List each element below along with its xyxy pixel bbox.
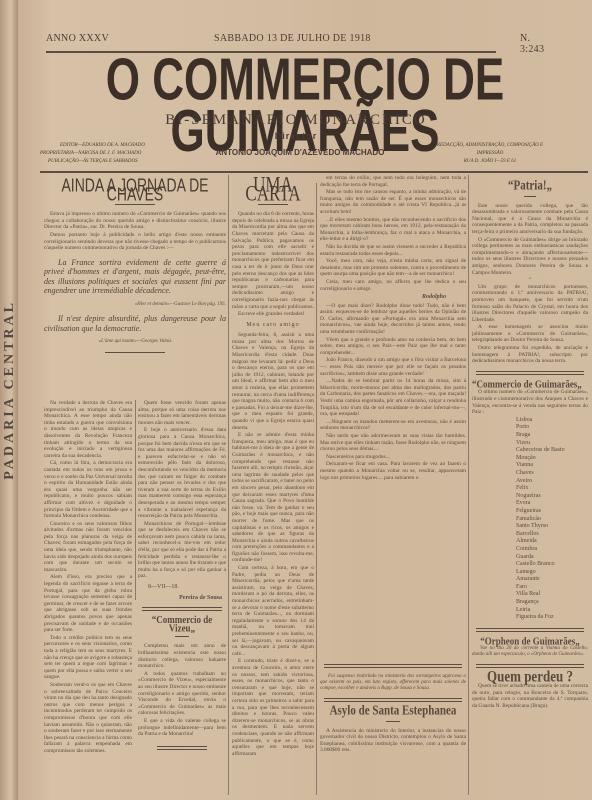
- headline-patria: “Patria!„: [472, 182, 588, 190]
- body-paragraph: Vêem que o grande e profundo amo na conh…: [320, 337, 466, 357]
- body-paragraph: ....Ninguem os mandou metterem-se em ave…: [320, 419, 466, 432]
- body-paragraph: Mas se tudo isto me causou espanto, a mi…: [320, 189, 466, 215]
- lower-middle-block: Foi suspenso reabrindo no ministerio dos…: [320, 658, 466, 755]
- headline-commercio-guimaraes: “Commercio de Guimarães„: [472, 380, 588, 388]
- town-item: Chaves: [516, 470, 588, 478]
- title-rule: [115, 204, 155, 205]
- body-paragraph: E comtudo, triste é dizel-o, se a aventu…: [232, 658, 314, 757]
- masthead-bottom-rule: [40, 171, 588, 173]
- body-paragraph: Você, meu caro, não veja, n'esta minha c…: [320, 258, 466, 278]
- body-paragraph: Segunda-feira, 8, assisti a uma missa po…: [232, 332, 314, 431]
- body-paragraph: Couceiro e os seus valorosos filhos alvi…: [44, 521, 132, 574]
- chaves-body-right: Quem fosse vencido foram apenas alma, po…: [138, 400, 226, 758]
- town-item: Coimbra: [516, 546, 588, 554]
- headline-asylo: Asylo de Santa Estephanea: [320, 707, 466, 715]
- volume-number: ANNO XXXV: [46, 33, 109, 44]
- director-name: ANTONIO JOAQUIM D'AZEVEDO MACHADO: [200, 148, 400, 157]
- body-paragraph: Não ha duvida de que se assim viessem a …: [320, 244, 466, 257]
- town-item: Leiria: [516, 607, 588, 615]
- town-item: Santo Thyrso: [516, 523, 588, 531]
- town-item: Nogueiras: [516, 493, 588, 501]
- town-item: Evora: [516, 500, 588, 508]
- section-rule: [324, 698, 462, 702]
- body-paragraph: Alem d'isso, era preciso que a legenda d…: [44, 574, 132, 633]
- town-item: Lisboa: [516, 417, 588, 425]
- body-paragraph: Quem se tiver achado uma cautela de uma …: [472, 683, 588, 709]
- imprint-owner: PROPRIETARIA—NARCISA DE J. F. MACHADO: [40, 150, 200, 158]
- town-item: Amarante: [516, 576, 588, 584]
- body-paragraph: Com certeza, á hora, em que o Padre, ped…: [232, 565, 314, 657]
- town-item: Felgueiras: [516, 508, 588, 516]
- body-paragraph: E hoje o anniversario d'essa data glorio…: [138, 427, 226, 519]
- letter-salutation: Meu caro amigo: [232, 322, 314, 329]
- body-paragraph: —O que mais dizer? Rodolpho disse tudo! …: [320, 303, 466, 336]
- separator-dot: •: [472, 277, 588, 284]
- imprint-address: RUA D. JOÃO I—59 E 61: [400, 158, 580, 166]
- body-paragraph: Quando no dia 6 do corrente, horas depoi…: [232, 211, 314, 310]
- epigraph-attribution: «L'âme qui monte»—Georges Valois: [44, 339, 226, 346]
- issue-date: SABBADO 13 DE JULHO DE 1918: [214, 33, 371, 44]
- small-notice: Foi suspenso reabrindo no ministerio dos…: [320, 674, 466, 692]
- column-divider: [228, 175, 229, 795]
- towns-list: LisboaPortoBragaVizeuCabeceiras de Basto…: [472, 417, 588, 622]
- body-paragraph: A todos quantos trabalham no «Commercio …: [138, 671, 226, 717]
- headline-uma-carta: UMA CARTA: [232, 181, 314, 198]
- body-paragraph: Cá, como lá fóra, a democracia era canta…: [44, 460, 132, 519]
- body-paragraph: Creia, meu caro amigo, no affecto que lh…: [320, 279, 466, 292]
- letter-signoff: Rodolpho: [324, 294, 446, 301]
- body-paragraph: Outro telegramma foi expedido, de anciaç…: [472, 345, 588, 365]
- section-rule: [476, 628, 584, 632]
- intro-paragraph: Damos portanto hoje á publicidade o bell…: [44, 232, 226, 252]
- section-rule: [476, 371, 584, 375]
- town-item: Barcellos: [516, 531, 588, 539]
- body-paragraph: Todo o crédito politico tem os seus perc…: [44, 635, 132, 681]
- epigraph-attribution: «Hier et demain»—Gustave Le Bon pág. 195…: [44, 302, 226, 309]
- town-item: Felix: [516, 485, 588, 493]
- section-rule: [324, 664, 462, 668]
- town-item: Vizeu: [516, 440, 588, 448]
- body-paragraph: em terras do exilio, que nem todo era bo…: [320, 175, 466, 188]
- article-dateline: 8—VII—18.: [148, 584, 216, 591]
- body-paragraph: A esse homenagem se associou muito jubil…: [472, 324, 588, 344]
- chaves-body-left: Na verdade a derrota de Chaves era impre…: [44, 400, 132, 795]
- imprint-right: REDACÇÃO, ADMINISTRAÇÃO, COMPOSIÇÃO E IM…: [400, 142, 580, 166]
- town-item: Almeida: [516, 538, 588, 546]
- town-item: Vianna: [516, 462, 588, 470]
- column-divider: [468, 175, 469, 795]
- column-divider: [135, 400, 136, 600]
- article-signature: Pereira de Sousa: [142, 595, 222, 602]
- intro-paragraph: Estava já impresso o ultimo numero do «C…: [44, 211, 226, 231]
- imprint-left: EDITOR—EDUARDO DE A. MACHADO PROPRIETARI…: [40, 142, 200, 166]
- epigraph-quote: La France sortira evidement de cette gue…: [44, 258, 226, 296]
- epigraph-quote: Il n'est depire absurdité, plus dangereu…: [44, 314, 226, 333]
- body-paragraph: Um grupo de monarchicos portuenses, comm…: [472, 284, 588, 324]
- uma-carta-continued: em terras do exilio, que nem todo era bo…: [320, 175, 466, 645]
- body-paragraph: A Assistencia do ministerio do Interior,…: [320, 728, 466, 754]
- imprint-publication: PUBLICAÇÃO—ÁS TERÇAS E SABBADOS: [40, 158, 200, 166]
- imprint-printing: IMPRESSÃO: [400, 150, 580, 158]
- town-item: Famalicão: [516, 516, 588, 524]
- body-paragraph: ...E elles mesmo bonitos, que não reconh…: [320, 217, 466, 243]
- title-rule: [524, 196, 536, 197]
- body-paragraph: Quem fosse vencido foram apenas alma, po…: [138, 400, 226, 426]
- body-paragraph: Nascenteiros para mugodos...: [320, 454, 466, 461]
- section-rule: [157, 746, 207, 750]
- column-divider: [316, 183, 317, 795]
- town-item: Lamego: [516, 569, 588, 577]
- body-paragraph: E não se admire d'esta minha franqueza, …: [232, 432, 314, 564]
- town-item: Moução: [516, 455, 588, 463]
- title-rule: [386, 721, 400, 722]
- town-item: Figueira da Foz: [516, 614, 588, 622]
- title-rule: [175, 636, 189, 637]
- imprint-office: REDACÇÃO, ADMINISTRAÇÃO, COMPOSIÇÃO E: [400, 142, 580, 150]
- body-paragraph: O «Commercio de Guimarães» dirige ao bri…: [472, 237, 588, 277]
- spine-label: PADARIA CENTRAL: [2, 300, 16, 480]
- body-paragraph: Monarchicos de Portugal—lembrae que se d…: [138, 521, 226, 580]
- body-paragraph: ....Nadra de se lembrar partir os 14 hor…: [320, 378, 466, 418]
- masthead-subtitle: BI-SEMANARIO MONARCHICO: [0, 112, 592, 129]
- town-item: Braga: [516, 432, 588, 440]
- town-item: Guarda: [516, 554, 588, 562]
- headline-commercio-vizeu: “Commercio de Vizeu„: [138, 616, 226, 632]
- body-paragraph: Não tardo que não adormeceram as suas vi…: [320, 433, 466, 453]
- town-item: Porto: [516, 424, 588, 432]
- issue-number: N. 3:243: [520, 33, 544, 55]
- body-paragraph: Completou mais um anno de brilhantissima…: [138, 643, 226, 669]
- section-rule: [105, 352, 165, 353]
- body-paragraph: O ultimo numero do «Commercio de Guimarã…: [472, 389, 588, 415]
- right-column: “Patria!„ Este nosso querido collega, qu…: [472, 175, 588, 710]
- director-label: Director: [0, 131, 592, 141]
- body-paragraph: João Franco, dizendo a um amigo que o fô…: [320, 357, 466, 377]
- body-paragraph: Na verdade a derrota de Chaves era impre…: [44, 400, 132, 459]
- town-item: Bragança: [516, 599, 588, 607]
- header-meta-line: ANNO XXXV SABBADO 13 DE JULHO DE 1918 N.…: [42, 33, 502, 47]
- body-paragraph: Escreve elle grandes verdades!: [232, 311, 314, 318]
- body-paragraph: E que a vida do valente collega se prolo…: [138, 718, 226, 738]
- body-paragraph: Este nosso querido collega, que tão desa…: [472, 203, 588, 236]
- town-item: Aveiro: [516, 478, 588, 486]
- town-item: Cabeceiras de Basto: [516, 447, 588, 455]
- imprint-editor: EDITOR—EDUARDO DE A. MACHADO: [40, 142, 200, 150]
- headline-orpheon: “Orpheon de Guimarães„: [472, 637, 588, 645]
- headline-chaves: AINDA A JORNADA DE CHAVES: [44, 181, 226, 198]
- town-item: Villa Real: [516, 591, 588, 599]
- article-chaves: AINDA A JORNADA DE CHAVES Estava já impr…: [44, 175, 226, 359]
- headline-quem-perdeu: Quem perdeu ?: [472, 674, 588, 682]
- town-item: Faro: [516, 584, 588, 592]
- body-paragraph: Souberam veral-o os que em Chaves o sobr…: [44, 682, 132, 755]
- orpheon-notice: Vae no dia 20 do corrente a Vianna do Ca…: [472, 646, 588, 658]
- section-rule: [142, 607, 222, 611]
- body-paragraph: Deixaram-se ficar em casa. Para lavarem …: [320, 461, 466, 481]
- article-uma-carta: UMA CARTA Quando no dia 6 do corrente, h…: [232, 175, 314, 795]
- town-item: Castello Branco: [516, 561, 588, 569]
